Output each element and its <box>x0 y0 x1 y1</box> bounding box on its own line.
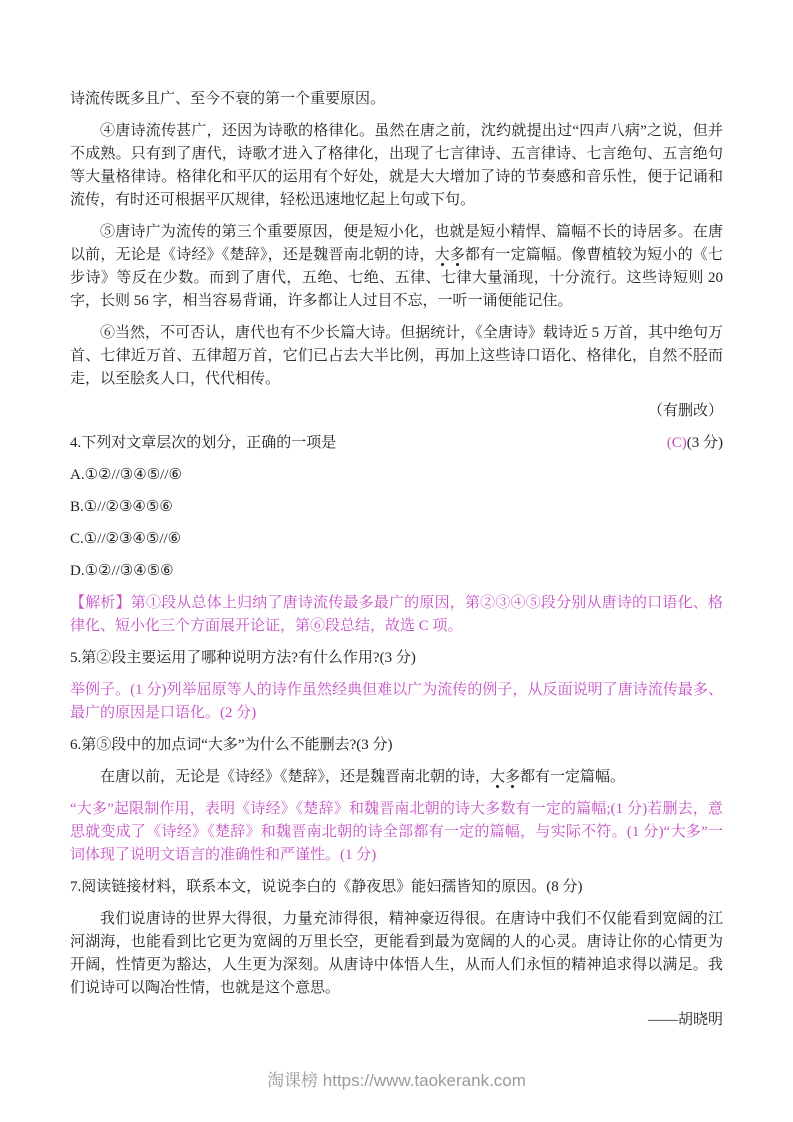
article-intro-line: 诗流传既多且广、至今不衰的第一个重要原因。 <box>70 88 723 111</box>
article-paragraph-4: ④唐诗流传甚广，还因为诗歌的格律化。虽然在唐之前，沈约就提出过“四声八病”之说，… <box>70 120 723 212</box>
question-4-answer-score: (C)(3 分) <box>667 432 723 455</box>
question-4-option-c: C.①//②③④⑤//⑥ <box>70 528 723 551</box>
question-4-title: 4.下列对文章层次的划分，正确的一项是 <box>70 432 336 455</box>
watermark-footer: 淘课榜 https://www.taokerank.com <box>0 1066 793 1091</box>
question-7-material: 我们说唐诗的世界大得很，力量充沛得很，精神豪迈得很。在唐诗中我们不仅能看到宽阔的… <box>70 908 723 1000</box>
paragraph-5-emphasized-word: 大多 <box>435 247 465 267</box>
question-6-title: 6.第⑤段中的加点词“大多”为什么不能删去?(3 分) <box>70 734 723 757</box>
question-5-title: 5.第②段主要运用了哪种说明方法?有什么作用?(3 分) <box>70 647 723 670</box>
question-6-quote-emphasized-word: 大多 <box>490 769 520 789</box>
question-6-answer: “大多”起限制作用，表明《诗经》《楚辞》和魏晋南北朝的诗大多数有一定的篇幅;(1… <box>70 798 723 867</box>
question-4-analysis: 【解析】第①段从总体上归纳了唐诗流传最多最广的原因，第②③④⑤段分别从唐诗的口语… <box>70 592 723 638</box>
question-4-option-d: D.①②//③④⑤⑥ <box>70 560 723 583</box>
question-4-score: (3 分) <box>687 435 723 451</box>
question-6-quote: 在唐以前，无论是《诗经》《楚辞》，还是魏晋南北朝的诗，大多都有一定篇幅。 <box>70 766 723 789</box>
question-6-quote-pre: 在唐以前，无论是《诗经》《楚辞》，还是魏晋南北朝的诗， <box>100 769 490 785</box>
question-6-quote-post: 都有一定篇幅。 <box>520 769 625 785</box>
question-4-option-a: A.①②//③④⑤//⑥ <box>70 464 723 487</box>
question-7-attribution: ——胡晓明 <box>70 1009 723 1032</box>
question-4-title-row: 4.下列对文章层次的划分，正确的一项是 (C)(3 分) <box>70 432 723 455</box>
exam-page: 诗流传既多且广、至今不衰的第一个重要原因。 ④唐诗流传甚广，还因为诗歌的格律化。… <box>70 88 723 1041</box>
article-source-note: （有删改） <box>70 400 723 423</box>
article-paragraph-5: ⑤唐诗广为流传的第三个重要原因，便是短小化，也就是短小精悍、篇幅不长的诗居多。在… <box>70 221 723 313</box>
question-5-answer: 举例子。(1 分)列举屈原等人的诗作虽然经典但难以广为流传的例子，从反面说明了唐… <box>70 679 723 725</box>
question-4-option-b: B.①//②③④⑤⑥ <box>70 496 723 519</box>
question-4-answer-letter: (C) <box>667 435 687 451</box>
article-paragraph-6: ⑥当然，不可否认，唐代也有不少长篇大诗。但据统计，《全唐诗》载诗近 5 万首，其… <box>70 322 723 391</box>
question-7-title: 7.阅读链接材料，联系本文，说说李白的《静夜思》能妇孺皆知的原因。(8 分) <box>70 876 723 899</box>
